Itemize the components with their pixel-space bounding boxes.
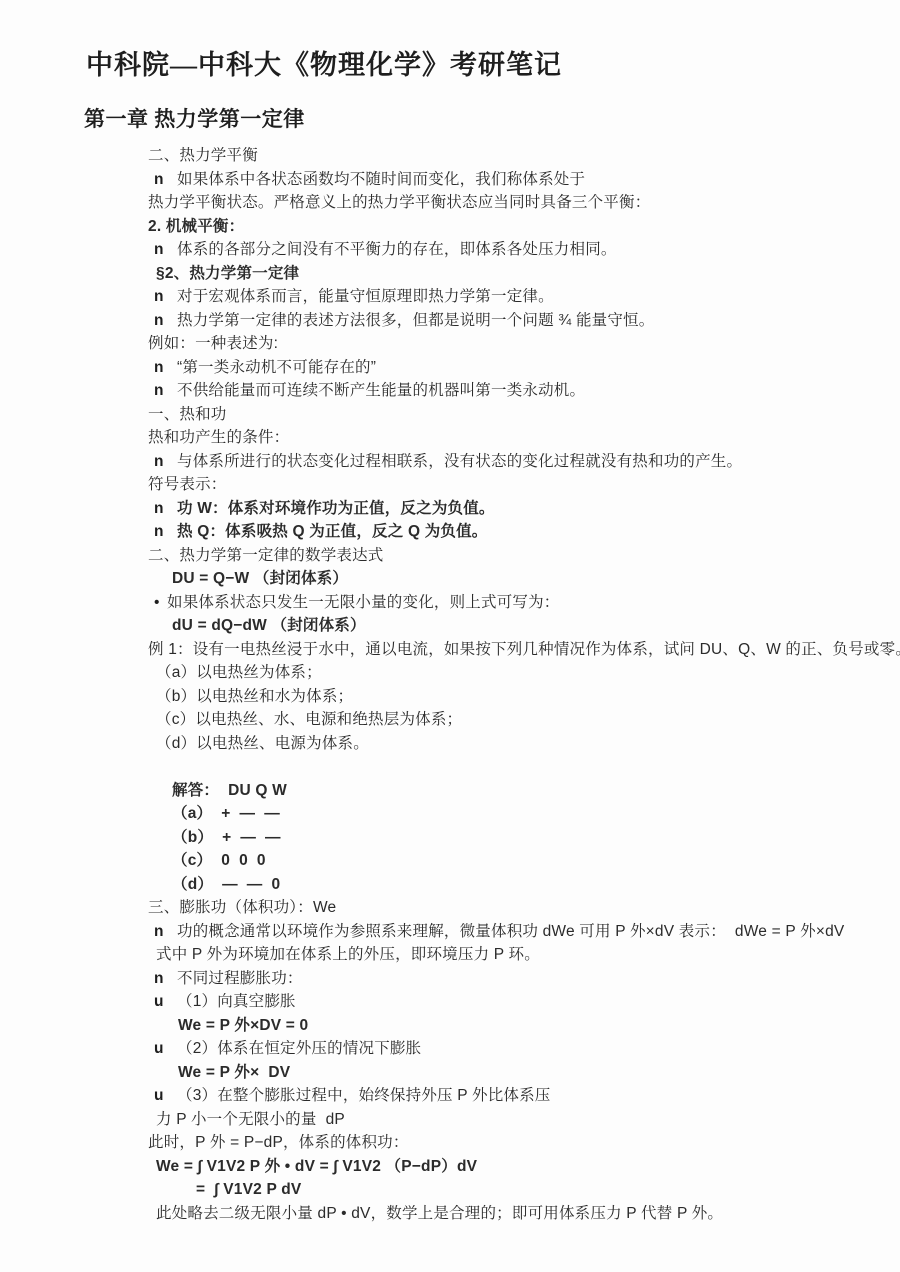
text-line: = ∫ V1V2 P dV — [148, 1178, 900, 1202]
line-text: 热力学平衡状态。严格意义上的热力学平衡状态应当同时具备三个平衡： — [148, 194, 650, 211]
line-text: 此处略去二级无限小量 dP • dV，数学上是合理的；即可用体系压力 P 代替 … — [156, 1205, 723, 1222]
text-line: 二、热力学第一定律的数学表达式 — [148, 544, 900, 568]
text-line: •如果体系状态只发生一无限小量的变化，则上式可写为： — [148, 591, 900, 615]
text-line: n不同过程膨胀功： — [148, 967, 900, 991]
text-line: （b）以电热丝和水为体系； — [148, 685, 900, 709]
line-text: 热和功产生的条件： — [148, 429, 289, 446]
line-text: 与体系所进行的状态变化过程相联系，没有状态的变化过程就没有热和功的产生。 — [177, 453, 742, 470]
line-text: 热力学第一定律的表述方法很多，但都是说明一个问题 ¾ 能量守恒。 — [177, 312, 654, 329]
text-line: u（2）体系在恒定外压的情况下膨胀 — [148, 1037, 900, 1061]
text-line: 三、膨胀功（体积功）：We — [148, 896, 900, 920]
text-line: 力 P 小一个无限小的量 dP — [148, 1108, 900, 1132]
list-bullet: u — [148, 1084, 177, 1108]
text-line: 此时，P 外 = P−dP，体系的体积功： — [148, 1131, 900, 1155]
text-line: n“第一类永动机不可能存在的” — [148, 356, 900, 380]
text-line: u（3）在整个膨胀过程中，始终保持外压 P 外比体系压 — [148, 1084, 900, 1108]
line-text: 例如：一种表述为: — [148, 335, 278, 352]
text-line: 一、热和功 — [148, 403, 900, 427]
list-bullet: n — [148, 920, 177, 944]
line-text: DU = Q−W （封闭体系） — [172, 570, 348, 587]
text-line: n如果体系中各状态函数均不随时间而变化，我们称体系处于 — [148, 168, 900, 192]
line-text: We = P 外× DV — [178, 1064, 290, 1081]
line-text: 式中 P 外为环境加在体系上的外压，即环境压力 P 环。 — [156, 946, 540, 963]
text-line: n功的概念通常以环境作为参照系来理解，微量体积功 dWe 可用 P 外×dV 表… — [148, 920, 900, 944]
list-bullet: n — [148, 520, 177, 544]
line-text: 2. 机械平衡： — [148, 218, 244, 235]
line-text: = ∫ V1V2 P dV — [196, 1181, 301, 1198]
list-bullet: n — [148, 238, 177, 262]
line-text: （c）以电热丝、水、电源和绝热层为体系； — [156, 711, 462, 728]
line-text: 此时，P 外 = P−dP，体系的体积功： — [148, 1134, 409, 1151]
line-text: 如果体系状态只发生一无限小量的变化，则上式可写为： — [167, 594, 560, 611]
list-bullet: u — [148, 990, 177, 1014]
text-line: （c） 0 0 0 — [148, 849, 900, 873]
text-line: 例 1：设有一电热丝浸于水中，通以电流，如果按下列几种情况作为体系，试问 DU、… — [148, 638, 900, 662]
line-text: 如果体系中各状态函数均不随时间而变化，我们称体系处于 — [177, 171, 585, 188]
text-line: DU = Q−W （封闭体系） — [148, 567, 900, 591]
line-text: （3）在整个膨胀过程中，始终保持外压 P 外比体系压 — [177, 1087, 551, 1104]
line-text: §2、热力学第一定律 — [156, 265, 299, 282]
line-text: 二、热力学平衡 — [148, 147, 258, 164]
line-text: （a） + — — — [172, 805, 280, 822]
line-text: 二、热力学第一定律的数学表达式 — [148, 547, 384, 564]
list-bullet: n — [148, 356, 177, 380]
text-line: §2、热力学第一定律 — [148, 262, 900, 286]
text-line: n功 W：体系对环境作功为正值，反之为负值。 — [148, 497, 900, 521]
text-line: We = P 外×DV = 0 — [148, 1014, 900, 1038]
text-line: 热和功产生的条件： — [148, 426, 900, 450]
line-text: 解答： DU Q W — [172, 782, 287, 799]
text-line: 符号表示： — [148, 473, 900, 497]
line-text: 符号表示： — [148, 476, 227, 493]
text-line: n热 Q：体系吸热 Q 为正值，反之 Q 为负值。 — [148, 520, 900, 544]
list-bullet: u — [148, 1037, 177, 1061]
line-text: 例 1：设有一电热丝浸于水中，通以电流，如果按下列几种情况作为体系，试问 DU、… — [148, 641, 900, 658]
text-line: （d） — — 0 — [148, 873, 900, 897]
text-line: （a）以电热丝为体系； — [148, 661, 900, 685]
list-bullet: n — [148, 168, 177, 192]
line-text: 功的概念通常以环境作为参照系来理解，微量体积功 dWe 可用 P 外×dV 表示… — [177, 923, 844, 940]
line-text: （b）以电热丝和水为体系； — [156, 688, 353, 705]
text-line: n热力学第一定律的表述方法很多，但都是说明一个问题 ¾ 能量守恒。 — [148, 309, 900, 333]
list-bullet: n — [148, 379, 177, 403]
line-text: 三、膨胀功（体积功）：We — [148, 899, 336, 916]
line-text: （a）以电热丝为体系； — [156, 664, 322, 681]
line-text: 功 W：体系对环境作功为正值，反之为负值。 — [177, 500, 495, 517]
document-page: 中科院—中科大《物理化学》考研笔记 第一章 热力学第一定律 二、热力学平衡n如果… — [0, 0, 900, 1272]
text-line: n体系的各部分之间没有不平衡力的存在，即体系各处压力相同。 — [148, 238, 900, 262]
list-bullet: n — [148, 497, 177, 521]
line-text: 体系的各部分之间没有不平衡力的存在，即体系各处压力相同。 — [177, 241, 617, 258]
line-text: （d）以电热丝、电源为体系。 — [156, 735, 369, 752]
document-body: 二、热力学平衡n如果体系中各状态函数均不随时间而变化，我们称体系处于热力学平衡状… — [148, 144, 900, 1225]
text-line: 2. 机械平衡： — [148, 215, 900, 239]
line-text: 对于宏观体系而言，能量守恒原理即热力学第一定律。 — [177, 288, 554, 305]
text-line: 例如：一种表述为: — [148, 332, 900, 356]
list-bullet: n — [148, 309, 177, 333]
line-text: 力 P 小一个无限小的量 dP — [156, 1111, 345, 1128]
line-text: We = ∫ V1V2 P 外 • dV = ∫ V1V2 （P−dP）dV — [156, 1158, 477, 1175]
line-text: （b） + — — — [172, 829, 281, 846]
text-line: We = P 外× DV — [148, 1061, 900, 1085]
text-line: 解答： DU Q W — [148, 779, 900, 803]
text-line: dU = dQ−dW （封闭体系） — [148, 614, 900, 638]
text-line: n对于宏观体系而言，能量守恒原理即热力学第一定律。 — [148, 285, 900, 309]
list-bullet: n — [148, 285, 177, 309]
text-line: 此处略去二级无限小量 dP • dV，数学上是合理的；即可用体系压力 P 代替 … — [148, 1202, 900, 1226]
line-text: （2）体系在恒定外压的情况下膨胀 — [177, 1040, 421, 1057]
list-bullet: n — [148, 967, 177, 991]
line-text: 一、热和功 — [148, 406, 227, 423]
text-line: 式中 P 外为环境加在体系上的外压，即环境压力 P 环。 — [148, 943, 900, 967]
line-text: 热 Q：体系吸热 Q 为正值，反之 Q 为负值。 — [177, 523, 488, 540]
chapter-heading: 第一章 热力学第一定律 — [84, 106, 900, 132]
text-line: n与体系所进行的状态变化过程相联系，没有状态的变化过程就没有热和功的产生。 — [148, 450, 900, 474]
text-line: 热力学平衡状态。严格意义上的热力学平衡状态应当同时具备三个平衡： — [148, 191, 900, 215]
text-line: （a） + — — — [148, 802, 900, 826]
line-text: 不同过程膨胀功： — [177, 970, 303, 987]
line-text: 不供给能量而可连续不断产生能量的机器叫第一类永动机。 — [177, 382, 585, 399]
blank-line — [148, 755, 900, 779]
list-bullet: n — [148, 450, 177, 474]
text-line: n不供给能量而可连续不断产生能量的机器叫第一类永动机。 — [148, 379, 900, 403]
text-line: （c）以电热丝、水、电源和绝热层为体系； — [148, 708, 900, 732]
document-title: 中科院—中科大《物理化学》考研笔记 — [86, 48, 900, 82]
list-bullet: • — [148, 591, 167, 615]
line-text: “第一类永动机不可能存在的” — [177, 359, 376, 376]
line-text: （1）向真空膨胀 — [177, 993, 296, 1010]
text-line: We = ∫ V1V2 P 外 • dV = ∫ V1V2 （P−dP）dV — [148, 1155, 900, 1179]
line-text: We = P 外×DV = 0 — [178, 1017, 308, 1034]
line-text: （c） 0 0 0 — [172, 852, 266, 869]
text-line: 二、热力学平衡 — [148, 144, 900, 168]
line-text: dU = dQ−dW （封闭体系） — [172, 617, 366, 634]
text-line: （b） + — — — [148, 826, 900, 850]
text-line: u（1）向真空膨胀 — [148, 990, 900, 1014]
text-line: （d）以电热丝、电源为体系。 — [148, 732, 900, 756]
line-text: （d） — — 0 — [172, 876, 280, 893]
